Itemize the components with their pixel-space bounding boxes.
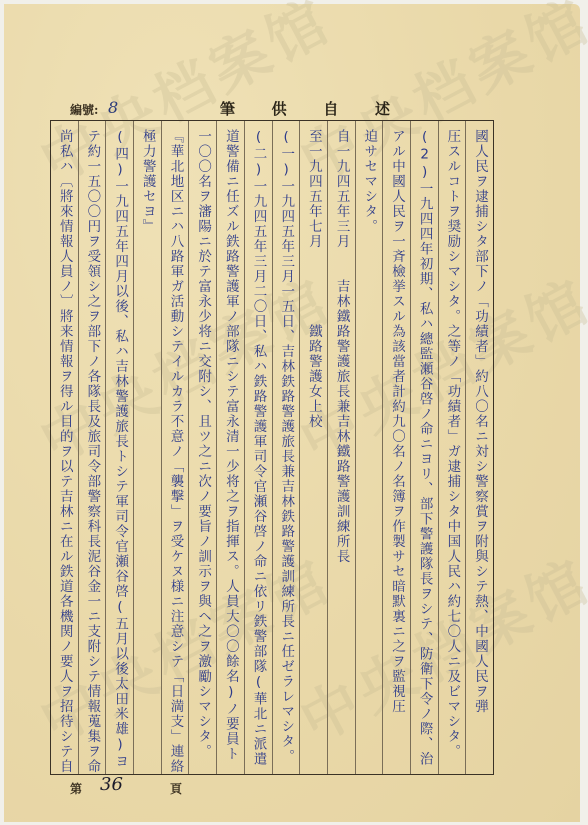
text-column: 迫サセマシタ。 — [356, 121, 384, 774]
text-column: 道警備ニ任ズル鉄路警護軍ノ部隊ニシテ富永清一少将之ヲ指揮ス。人員大〇〇餘名)ノ要… — [217, 121, 245, 774]
text-column: 尚私ハ〔將來情報人員ノ〕將来情報ヲ得ル目的ヲ以テ吉林ニ在ル鉄道各機関ノ要人ヲ招待… — [51, 121, 79, 774]
doc-number-value: 8 — [108, 98, 118, 117]
page-suffix: 頁 — [170, 780, 182, 797]
doc-number-label: 編號: — [70, 101, 98, 118]
text-column: 『華北地区ニハ八路軍ガ活動シテイルカラ不意ノ「襲撃」ヲ受ケヌ様ニ注意シテ「日満支… — [162, 121, 190, 774]
text-column: 一〇〇名ヲ瀋陽ニ於テ富永少将ニ交附シ、且ツ之ニ次ノ要旨ノ訓示ヲ與ヘ之ヲ激勵シマシ… — [189, 121, 217, 774]
title-char: 筆 — [220, 98, 235, 119]
text-column: (四)一九四五年四月以後、私ハ吉林警護旅長トシテ軍司令官瀬谷啓(五月以後太田米雄… — [106, 121, 134, 774]
text-column: (二)一九四五年三月二〇日、私ハ鉄路警護軍司令官瀬谷啓ノ命ニ依リ鉄警部隊(華北ニ… — [245, 121, 273, 774]
text-column: 圧スルコトヲ奨励シマシタ。之等ノ「功績者」ガ逮捕シタ中国人民ハ約七〇人ニ及ビマシ… — [439, 121, 467, 774]
text-column: (一)一九四五年三月一五日、吉林鉄路警護旅長兼吉林鉄路警護訓練所長ニ任ゼラレマシ… — [273, 121, 301, 774]
page-footer: 第 36 頁 — [70, 780, 82, 797]
title-char: 供 — [272, 98, 287, 119]
title-char: 自 — [323, 98, 338, 119]
page-prefix: 第 — [70, 782, 82, 796]
text-column: テ約一五〇〇円ヲ受領シ之ヲ部下ノ各隊長及旅司令部警察科長泥谷金一ニ支附シテ情報蒐… — [79, 121, 107, 774]
text-column: (2)一九四四年初期、私ハ總監瀬谷啓ノ命ニヨリ、部下警護隊長ヲシテ、防衛下令ノ際… — [411, 121, 439, 774]
text-column: アル中國人民ヲ一斉檢挙スル為該當者計約九〇名ノ名簿ヲ作製サセ暗默裏ニ之ヲ監視圧 — [383, 121, 411, 774]
text-column: 至一九四五年七月 鐵路警護女上校 — [300, 121, 328, 774]
ruled-text-grid: 尚私ハ〔將來情報人員ノ〕將来情報ヲ得ル目的ヲ以テ吉林ニ在ル鉄道各機関ノ要人ヲ招待… — [50, 120, 494, 775]
doc-title: 筆 供 自 述 — [220, 98, 390, 119]
title-char: 述 — [375, 98, 390, 119]
text-column: 極力警護セヨ』 — [134, 121, 162, 774]
page-number: 36 — [100, 774, 123, 795]
text-column: 自一九四五年三月 吉林鐵路警護旅長兼吉林鐵路警護訓練所長 — [328, 121, 356, 774]
text-column: 國人民ヲ逮捕シタ部下ノ「功績者」約八〇名ニ対シ警察賞ヲ附與シテ熱、中國人民ヲ弾 — [466, 121, 493, 774]
